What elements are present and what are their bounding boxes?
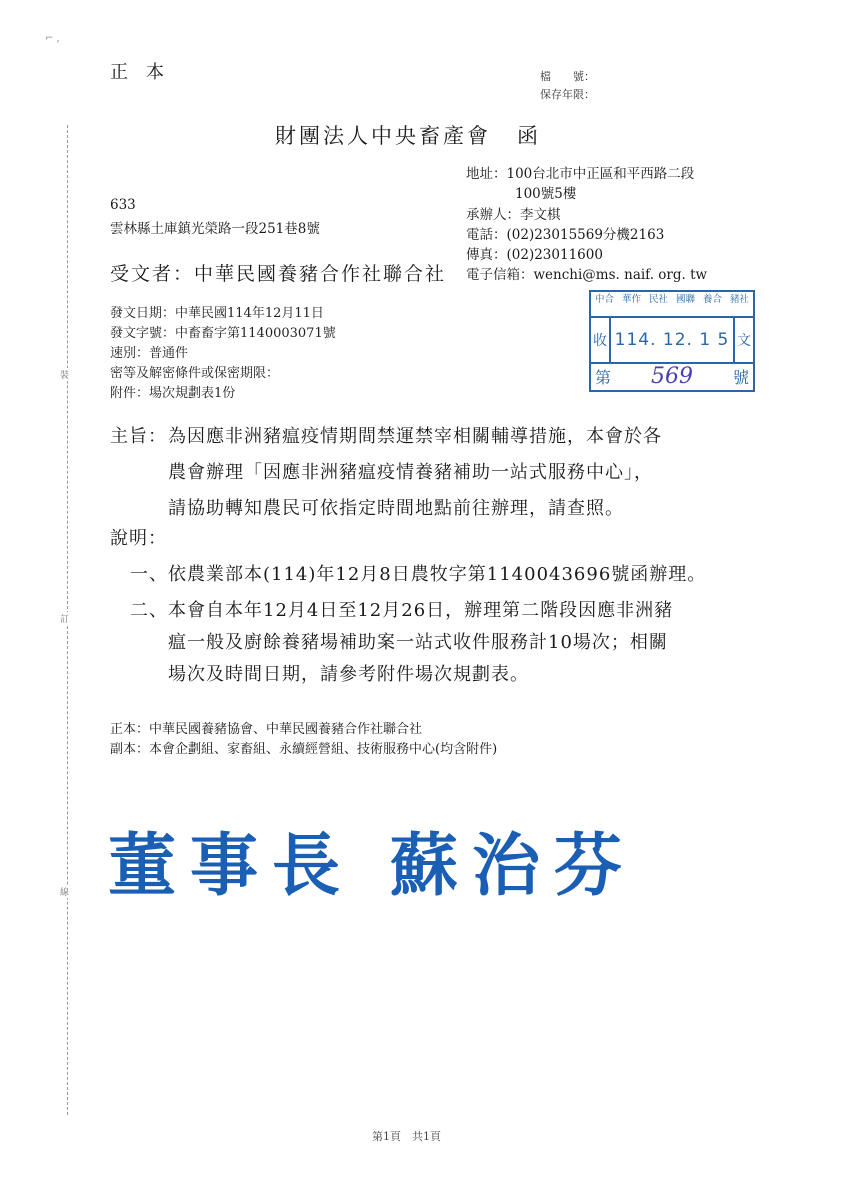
signature-stamp: 董事長蘇治芬 (108, 812, 636, 909)
attachment: 附件：場次規劃表1份 (110, 382, 235, 401)
stamp-receive-label: 收 (591, 330, 609, 350)
page-footer: 第1頁 共1頁 (372, 1128, 441, 1144)
subject-line: 請協助轉知農民可依指定時間地點前往辦理，請查照。 (168, 494, 624, 520)
binding-label-ding: 訂 (60, 612, 69, 625)
stamp-prefix: 第 (595, 365, 611, 388)
confidentiality: 密等及解密條件或保密期限： (110, 362, 279, 381)
item-line: 瘟一般及廚餘養豬場補助案一站式收件服務計10場次；相關 (168, 628, 668, 654)
item-marker: 二、 (130, 596, 168, 622)
stamp-org-char: 豬社 (730, 294, 749, 316)
binding-label-xian: 線 (60, 885, 69, 898)
doc-number: 發文字號：中畜畜字第1140003071號 (110, 322, 336, 341)
item-line: 本會自本年12月4日至12月26日，辦理第二階段因應非洲豬 (168, 596, 673, 622)
stamp-org-char: 中合 (595, 294, 614, 316)
org-name: 財團法人中央畜產會 (275, 124, 491, 148)
handler: 承辦人：李文棋 (466, 203, 561, 223)
stamp-org-char: 華作 (622, 294, 641, 316)
receipt-stamp: 中合 華作 民社 國聯 養合 豬社 收 114. 12. 1 5 文 第 569… (589, 290, 755, 392)
stamp-org-char: 國聯 (676, 294, 695, 316)
email: 電子信箱：wenchi@ms. naif. org. tw (466, 263, 707, 283)
fax: 傳真：(02)23011600 (466, 243, 603, 263)
sender-address: 地址：100台北市中正區和平西路二段 (466, 162, 694, 182)
phone: 電話：(02)23015569分機2163 (466, 223, 664, 243)
subject-line: 農會辦理「因應非洲豬瘟疫情養豬補助一站式服務中心」， (168, 458, 653, 484)
recipient: 受文者：中華民國養豬合作社聯合社 (110, 259, 446, 286)
stamp-org-char: 養合 (703, 294, 722, 316)
stamp-number: 569 (651, 364, 693, 389)
subject-line: 為因應非洲豬瘟疫情期間禁運禁宰相關輔導措施，本會於各 (168, 422, 662, 448)
retention-label: 保存年限： (540, 86, 595, 102)
recipient-address: 雲林縣土庫鎮光榮路一段251巷8號 (110, 217, 320, 237)
subject-label: 主旨： (110, 422, 167, 448)
item-line: 依農業部本(114)年12月8日農牧字第1140043696號函辦理。 (168, 560, 706, 586)
stamp-doc-label: 文 (735, 330, 753, 350)
signature-name: 蘇治芬 (390, 827, 636, 906)
postal-code: 633 (110, 197, 136, 213)
copy-distribution: 副本：本會企劃組、家畜組、永續經營組、技術服務中心(均含附件) (110, 738, 497, 757)
sender-address-line2: 100號5樓 (515, 182, 576, 202)
doc-kind: 函 (517, 124, 541, 148)
binding-label-zhuang: 裝 (60, 368, 69, 381)
original-distribution: 正本：中華民國養豬協會、中華民國養豬合作社聯合社 (110, 718, 422, 737)
stamp-suffix: 號 (733, 365, 749, 388)
explanation-label: 說明： (110, 524, 167, 550)
scan-mark: ⌐ , (45, 33, 60, 44)
copy-type: 正本 (110, 58, 182, 84)
stamp-date: 114. 12. 1 5 (609, 318, 735, 362)
speed: 速別：普通件 (110, 342, 188, 361)
issue-date: 發文日期：中華民國114年12月11日 (110, 302, 324, 321)
stamp-org-char: 民社 (649, 294, 668, 316)
signature-position: 董事長 (108, 827, 354, 906)
file-number-label: 檔 號： (540, 68, 595, 84)
stamp-org-row: 中合 華作 民社 國聯 養合 豬社 (591, 292, 753, 318)
item-marker: 一、 (130, 560, 168, 586)
item-line: 場次及時間日期，請參考附件場次規劃表。 (168, 660, 529, 686)
document-title: 財團法人中央畜產會函 (275, 120, 541, 150)
